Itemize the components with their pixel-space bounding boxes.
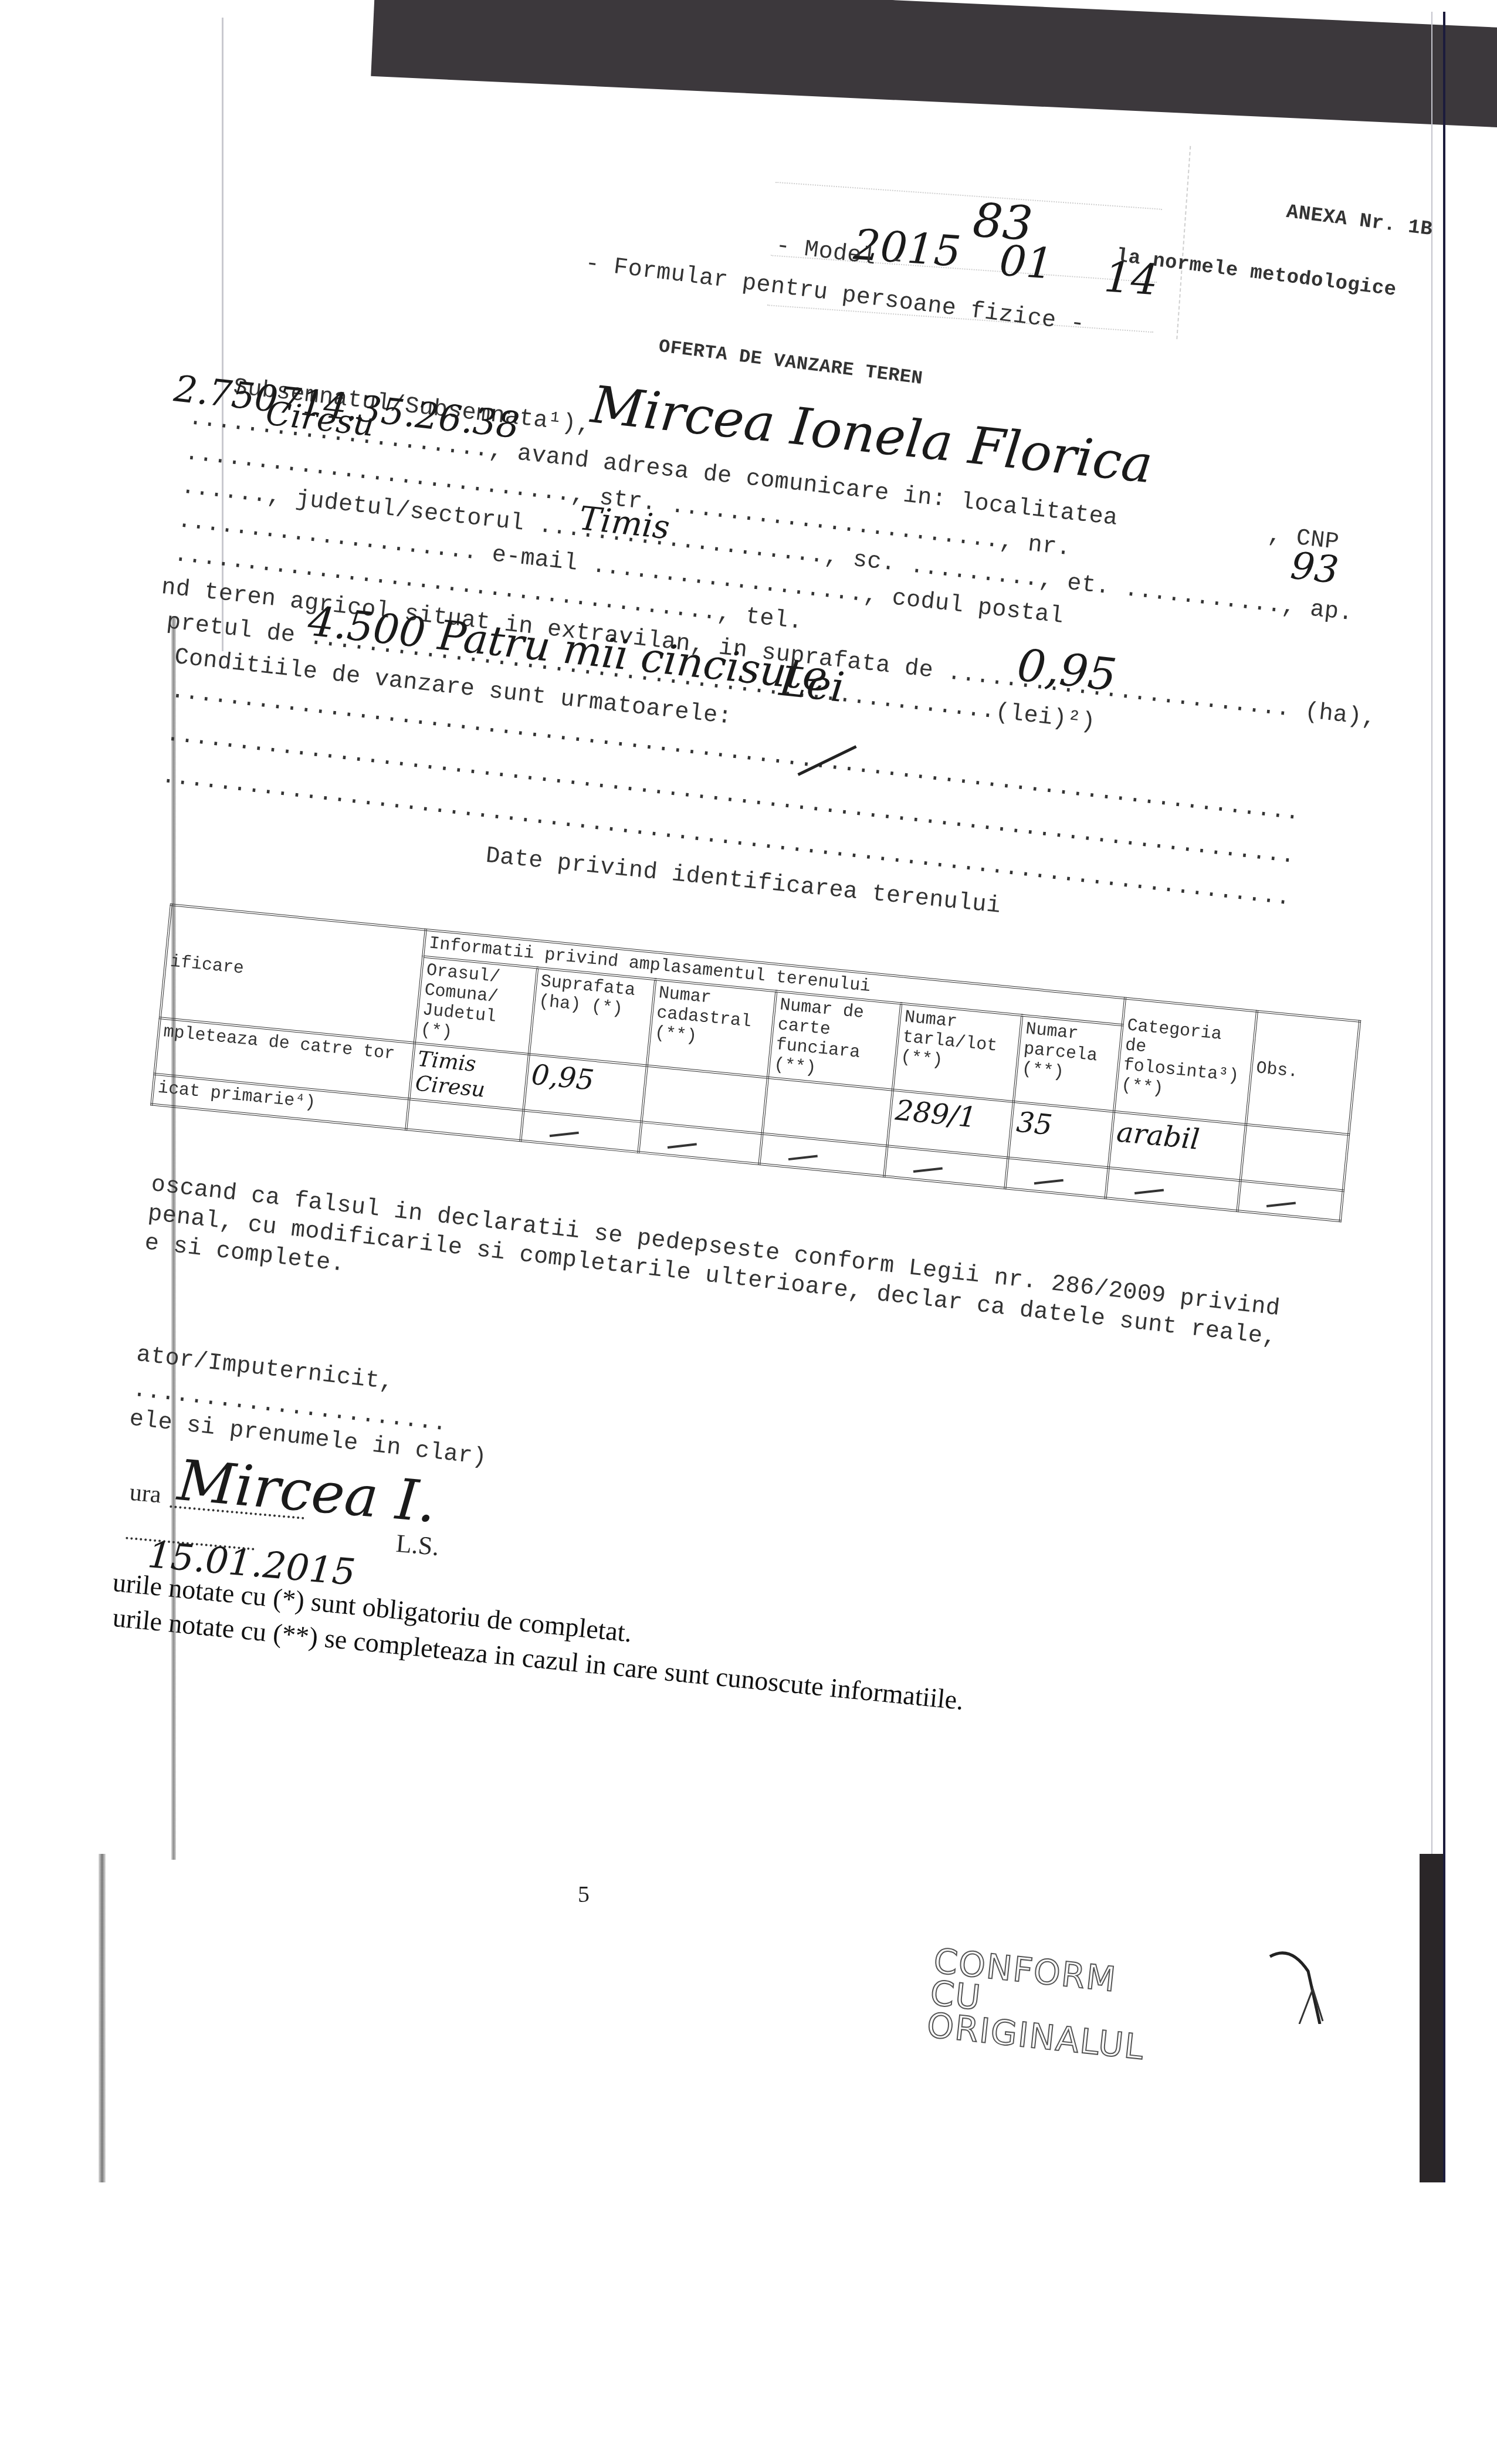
price-unit-field: Lei (777, 657, 847, 712)
column-header-land-book: Numar de carte funciara (**) (768, 991, 901, 1090)
cell-area[interactable]: 0,95 (530, 1058, 595, 1097)
column-header-cadastral: Numar cadastral (**) (647, 979, 777, 1078)
scan-shadow-band (1420, 1854, 1443, 2182)
declaration-line: penal, cu modificarile si completarile u… (147, 1203, 1278, 1351)
column-header-plot: Numar tarla/lot (**) (893, 1003, 1022, 1102)
stamp-signature-icon (1267, 1948, 1337, 2024)
conform-stamp: CONFORM CU ORIGINALUL (926, 1945, 1157, 2064)
cell-parcel[interactable]: 35 (1015, 1106, 1054, 1142)
page-edge (1443, 12, 1445, 2182)
column-header-category: Categoria de folosinta³) (**) (1114, 999, 1257, 1125)
street-number-field[interactable]: 93 (1289, 544, 1341, 593)
cell-category[interactable]: arabil (1115, 1115, 1201, 1156)
cell-locality[interactable]: Timis Ciresu (414, 1047, 486, 1102)
column-header-area: Suprafata (ha) (*) (529, 968, 655, 1066)
scan-shadow-band (371, 0, 1497, 135)
column-header-locality: Orasul/ Comuna/ Judetul (*) (415, 957, 537, 1054)
land-identification-table: ificare Informatii privind amplasamentul… (150, 903, 1361, 1222)
page-title: OFERTA DE VANZARE TEREN (658, 337, 924, 388)
area-field[interactable]: 0,95 (1015, 638, 1119, 701)
annex-label: ANEXA Nr. 1B (1285, 202, 1434, 240)
signature-label: ura (128, 1478, 162, 1509)
column-header-parcel: Numar parcela (**) (1014, 1016, 1122, 1112)
page-edge (99, 1854, 106, 2182)
registration-month: 01 (998, 236, 1055, 289)
ls-label: L.S. (395, 1528, 441, 1562)
page-number: 5 (578, 1880, 590, 1908)
scanned-page: 83 2015 01 14 ANEXA Nr. 1B la normele me… (0, 0, 1497, 2182)
column-header-obs: Obs. (1246, 1011, 1360, 1135)
cell-plot[interactable]: 289/1 (894, 1094, 978, 1134)
